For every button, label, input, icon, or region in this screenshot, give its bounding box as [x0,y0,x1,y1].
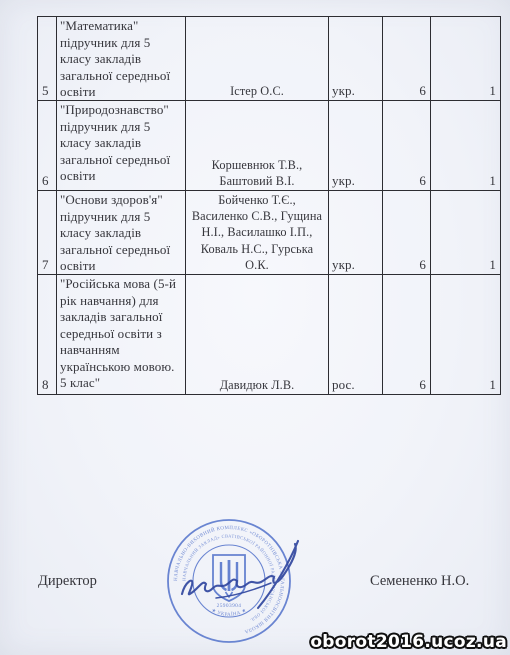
count-cell: 1 [431,101,501,191]
count-cell: 1 [431,191,501,275]
watermark: oborot2016.ucoz.ua [310,632,507,652]
language-cell: рос. [329,275,383,395]
title-cell: "Основи здоров'я" підручник для 5 класу … [57,191,186,275]
author-cell: Давидюк Л.В. [186,275,329,395]
director-label: Директор [38,573,97,590]
author-cell: Істер О.С. [186,17,329,101]
title-cell: "Природознавство" підручник для 5 класу … [57,101,186,191]
language-cell: укр. [329,101,383,191]
row-number-cell: 6 [38,101,57,191]
qty-cell: 6 [383,101,431,191]
row-number-cell: 7 [38,191,57,275]
stamp-number: 25903904 [217,603,242,609]
language-cell: укр. [329,17,383,101]
language-cell: укр. [329,191,383,275]
scanned-document-page: 5 "Математика" підручник для 5 класу зак… [0,0,510,655]
qty-cell: 6 [383,17,431,101]
title-cell: "Математика" підручник для 5 класу закла… [57,17,186,101]
author-cell: Коршевнюк Т.В., Баштовий В.І. [186,101,329,191]
row-number-cell: 5 [38,17,57,101]
title-cell: "Російська мова (5-й рік навчання) для з… [57,275,186,395]
count-cell: 1 [431,17,501,101]
author-cell: Бойченко Т.Є., Василенко С.В., Гущина Н.… [186,191,329,275]
qty-cell: 6 [383,275,431,395]
count-cell: 1 [431,275,501,395]
official-stamp: НАВЧАЛЬНО-ВИХОВНИЙ КОМПЛЕКС «ОБОРОТНІВСЬ… [158,514,318,649]
row-number-cell: 8 [38,275,57,395]
director-name: Семененко Н.О. [370,573,469,590]
qty-cell: 6 [383,191,431,275]
textbooks-table: 5 "Математика" підручник для 5 класу зак… [37,16,501,395]
